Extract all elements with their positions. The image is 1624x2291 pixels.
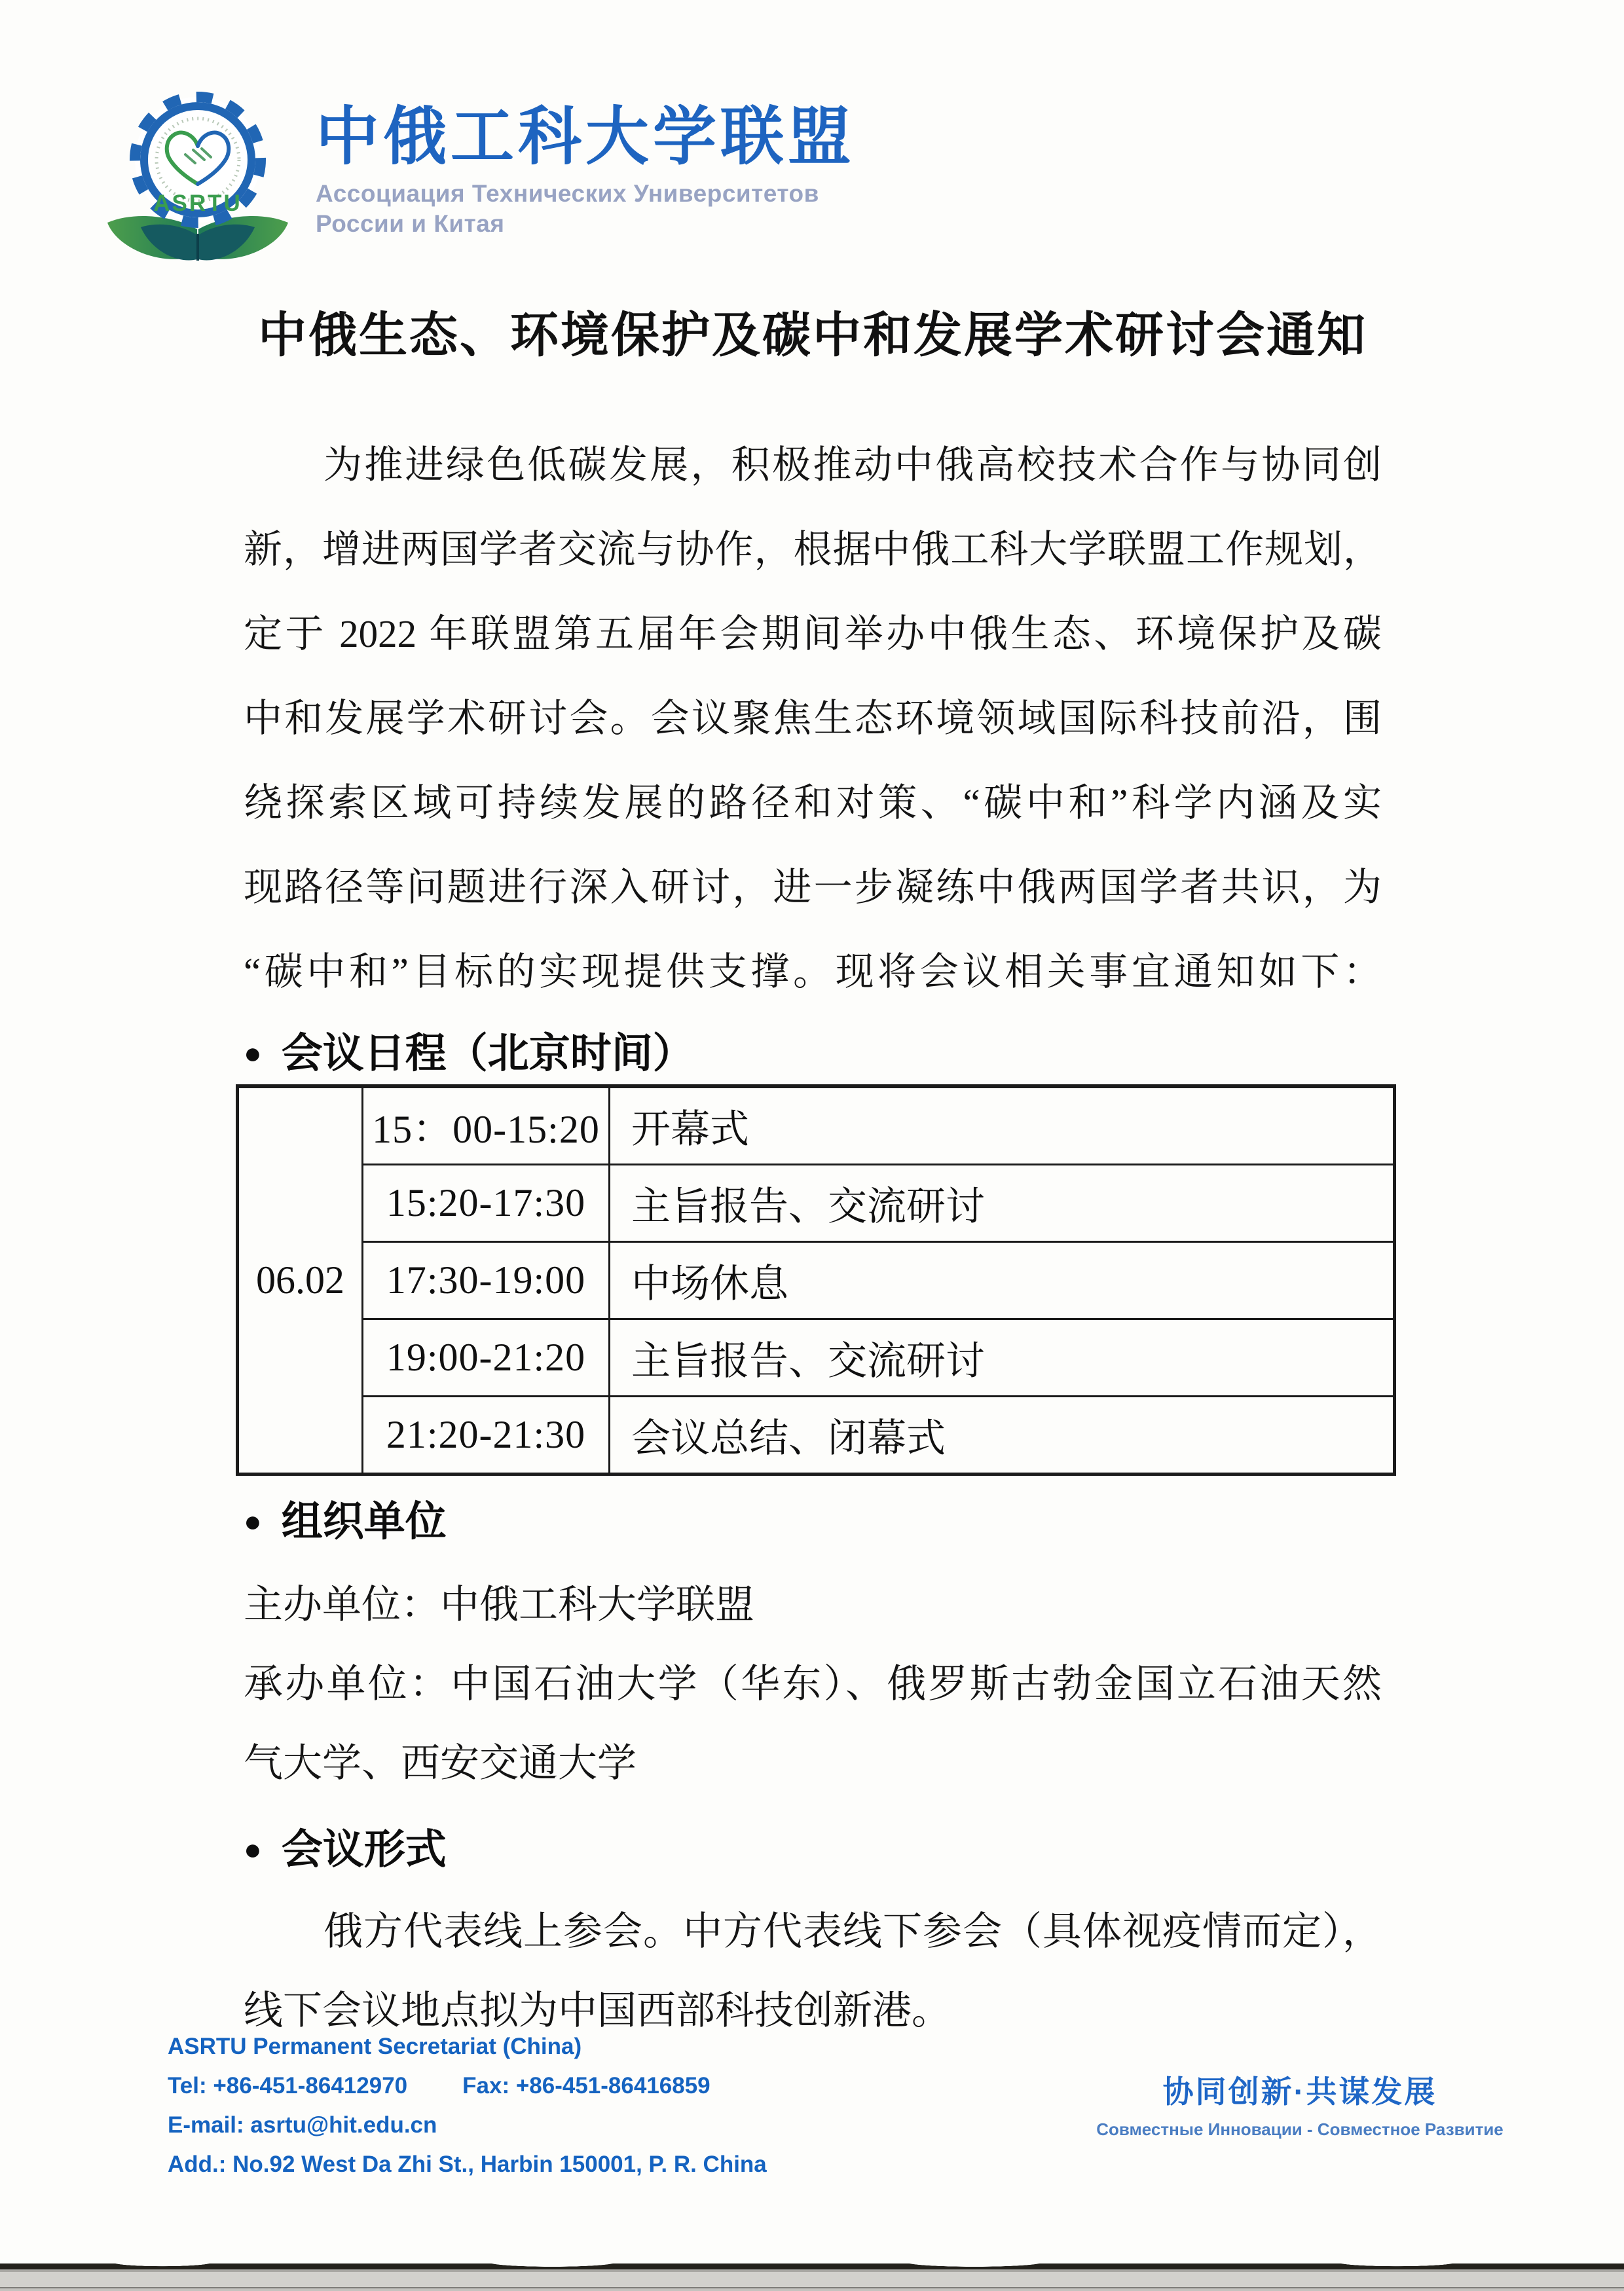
scan-edge [0, 2262, 1624, 2291]
host-line: 主办单位：中俄工科大学联盟 [244, 1566, 1382, 1645]
bullet-icon: ● [244, 1038, 262, 1069]
fax-label: Fax: +86-451-86416859 [462, 2066, 710, 2106]
slogan-block: 协同创新·共谋发展 Совместные Инновации - Совмест… [1074, 2068, 1526, 2140]
table-row: 06.02 15：00-15:20 开幕式 [238, 1086, 1395, 1165]
bullet-icon: ● [244, 1835, 262, 1865]
agenda-table: 06.02 15：00-15:20 开幕式 15:20-17:30 主旨报告、交… [236, 1084, 1396, 1476]
agenda-time-cell: 15:20-17:30 [363, 1165, 610, 1242]
email-label: E-mail: asrtu@hit.edu.cn [168, 2106, 767, 2145]
tel-fax-line: Tel: +86-451-86412970 Fax: +86-451-86416… [168, 2066, 767, 2106]
table-row: 19:00-21:20 主旨报告、交流研讨 [238, 1319, 1395, 1397]
logo-acronym: ASRTU [153, 191, 242, 216]
address-label: Add.: No.92 West Da Zhi St., Harbin 1500… [168, 2145, 767, 2184]
organizers-heading-label: 组织单位 [282, 1492, 447, 1551]
page-title: 中俄生态、环境保护及碳中和发展学术研讨会通知 [244, 0, 1382, 367]
document-body: 中俄生态、环境保护及碳中和发展学术研讨会通知 为推进绿色低碳发展，积极推动中俄高… [244, 0, 1382, 2051]
undertaker-line: 承办单位：中国石油大学（华东）、俄罗斯古勃金国立石油天然 [244, 1645, 1382, 1724]
body-line: “碳中和”目标的实现提供支撑。现将会议相关事宜通知如下： [244, 930, 1382, 1014]
table-row: 17:30-19:00 中场休息 [238, 1242, 1395, 1319]
table-row: 15:20-17:30 主旨报告、交流研讨 [238, 1165, 1395, 1242]
agenda-date-cell: 06.02 [238, 1086, 363, 1475]
secretariat-name: ASRTU Permanent Secretariat (China) [168, 2027, 767, 2066]
tel-label: Tel: +86-451-86412970 [168, 2066, 407, 2106]
document-page: ASRTU 中俄工科大学联盟 Ассоциация Технических Ун… [0, 0, 1624, 2291]
agenda-time-cell: 21:20-21:30 [363, 1397, 610, 1475]
agenda-activity-cell: 开幕式 [610, 1086, 1395, 1165]
body-line: 定于 2022 年联盟第五届年会期间举办中俄生态、环境保护及碳 [244, 592, 1382, 676]
agenda-time-cell: 15：00-15:20 [363, 1086, 610, 1165]
bullet-icon: ● [244, 1507, 262, 1537]
format-heading-label: 会议形式 [282, 1820, 447, 1879]
agenda-heading: ● 会议日程（北京时间） [244, 1024, 1382, 1083]
agenda-activity-cell: 主旨报告、交流研讨 [610, 1165, 1395, 1242]
agenda-heading-label: 会议日程（北京时间） [282, 1024, 694, 1083]
agenda-time-cell: 19:00-21:20 [363, 1319, 610, 1397]
format-heading: ● 会议形式 [244, 1820, 1382, 1879]
organizers-heading: ● 组织单位 [244, 1492, 1382, 1551]
body-line: 现路径等问题进行深入研讨，进一步凝练中俄两国学者共识，为 [244, 845, 1382, 930]
agenda-activity-cell: 主旨报告、交流研讨 [610, 1319, 1395, 1397]
slogan-ru: Совместные Инновации - Совместное Развит… [1074, 2119, 1526, 2140]
slogan-cn: 协同创新·共谋发展 [1074, 2068, 1526, 2112]
intro-paragraph: 为推进绿色低碳发展，积极推动中俄高校技术合作与协同创 新，增进两国学者交流与协作… [244, 423, 1382, 1014]
secretariat-block: ASRTU Permanent Secretariat (China) Tel:… [168, 2027, 767, 2184]
body-line: 为推进绿色低碳发展，积极推动中俄高校技术合作与协同创 [244, 423, 1382, 507]
undertaker-line: 气大学、西安交通大学 [244, 1724, 1382, 1803]
body-line: 新，增进两国学者交流与协作，根据中俄工科大学联盟工作规划， [244, 507, 1382, 592]
body-line: 绕探索区域可持续发展的路径和对策、“碳中和”科学内涵及实 [244, 761, 1382, 845]
agenda-activity-cell: 会议总结、闭幕式 [610, 1397, 1395, 1475]
agenda-time-cell: 17:30-19:00 [363, 1242, 610, 1319]
body-line: 中和发展学术研讨会。会议聚焦生态环境领域国际科技前沿，围 [244, 676, 1382, 761]
format-line: 俄方代表线上参会。中方代表线下参会（具体视疫情而定）， [244, 1892, 1382, 1971]
agenda-activity-cell: 中场休息 [610, 1242, 1395, 1319]
table-row: 21:20-21:30 会议总结、闭幕式 [238, 1397, 1395, 1475]
